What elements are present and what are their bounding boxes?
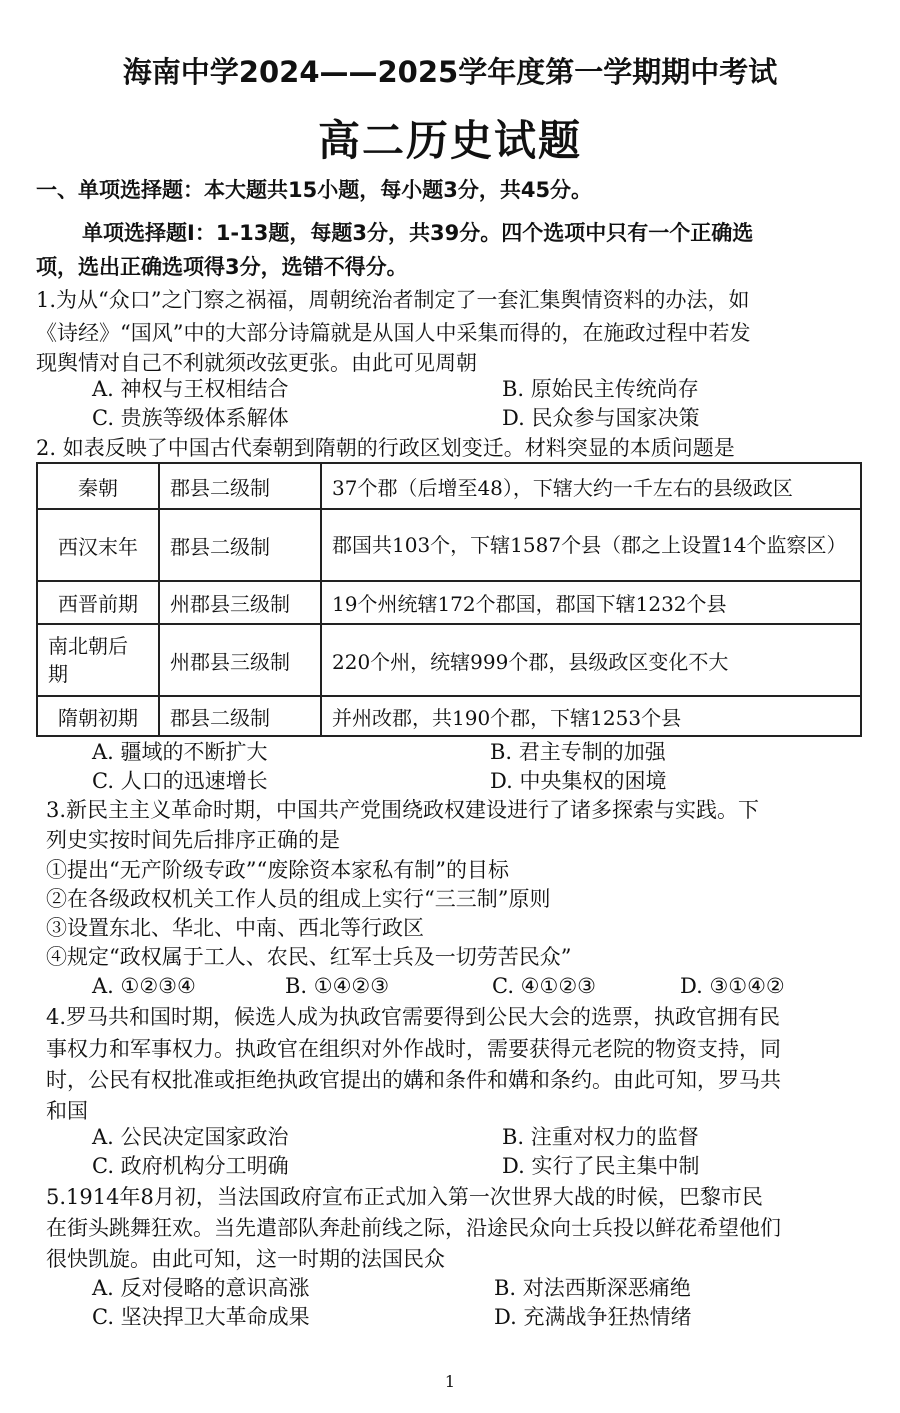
q5-stem-line: 很快凯旋。由此可知，这一时期的法国民众 [46, 1244, 445, 1274]
q4-option-c[interactable]: C. 政府机构分工明确 [92, 1151, 289, 1181]
q3-item-2: ②在各级政权机关工作人员的组成上实行“三三制”原则 [46, 884, 550, 914]
q3-option-b[interactable]: B. ①④②③ [285, 971, 389, 1001]
section-heading: 一、单项选择题：本大题共15小题，每小题3分，共45分。 [36, 175, 592, 205]
q4-stem-line: 事权力和军事权力。执政官在组织对外作战时，需要获得元老院的物资支持，同 [46, 1034, 781, 1064]
q1-option-c[interactable]: C. 贵族等级体系解体 [92, 403, 289, 433]
q1-stem-line: 1.为从“众口”之门察之祸福，周朝统治者制定了一套汇集舆情资料的办法，如 [36, 285, 750, 315]
q1-option-d[interactable]: D. 民众参与国家决策 [502, 403, 699, 433]
q3-option-d[interactable]: D. ③①④② [680, 971, 785, 1001]
q4-stem-line: 和国 [46, 1096, 88, 1126]
q5-stem-line: 在街头跳舞狂欢。当先遣部队奔赴前线之际，沿途民众向士兵投以鲜花希望他们 [46, 1213, 781, 1243]
table-cell-system: 郡县二级制 [159, 463, 321, 509]
table-cell-detail: 220个州，统辖999个郡，县级政区变化不大 [321, 624, 861, 696]
section-instruction-2: 项，选出正确选项得3分，选错不得分。 [36, 252, 408, 282]
table-row: 西汉末年 郡县二级制 郡国共103个，下辖1587个县（郡之上设置14个监察区） [37, 509, 861, 581]
table-cell-dynasty: 秦朝 [37, 463, 159, 509]
table-cell-dynasty: 西晋前期 [37, 581, 159, 624]
exam-school-title: 海南中学2024——2025学年度第一学期期中考试 [0, 50, 900, 91]
q1-option-b[interactable]: B. 原始民主传统尚存 [502, 374, 699, 404]
q4-stem-line: 4.罗马共和国时期，候选人成为执政官需要得到公民大会的选票，执政官拥有民 [46, 1002, 780, 1032]
q5-option-a[interactable]: A. 反对侵略的意识高涨 [92, 1273, 310, 1303]
table-cell-detail: 郡国共103个，下辖1587个县（郡之上设置14个监察区） [321, 509, 861, 581]
q5-option-d[interactable]: D. 充满战争狂热情绪 [494, 1302, 691, 1332]
table-cell-dynasty: 南北朝后 期 [37, 624, 159, 696]
q1-stem-line: 《诗经》“国风”中的大部分诗篇就是从国人中采集而得的，在施政过程中若发 [36, 318, 750, 348]
q4-option-a[interactable]: A. 公民决定国家政治 [92, 1122, 289, 1152]
q5-option-c[interactable]: C. 坚决捍卫大革命成果 [92, 1302, 310, 1332]
table-cell-detail: 37个郡（后增至48），下辖大约一千左右的县级政区 [321, 463, 861, 509]
table-row: 西晋前期 州郡县三级制 19个州统辖172个郡国，郡国下辖1232个县 [37, 581, 861, 624]
table-row: 南北朝后 期 州郡县三级制 220个州，统辖999个郡，县级政区变化不大 [37, 624, 861, 696]
exam-subject-title: 高二历史试题 [0, 108, 900, 168]
q2-stem-line: 2. 如表反映了中国古代秦朝到隋朝的行政区划变迁。材料突显的本质问题是 [36, 433, 735, 463]
q4-stem-line: 时，公民有权批准或拒绝执政官提出的媾和条件和媾和条约。由此可知，罗马共 [46, 1065, 781, 1095]
page-number: 1 [0, 1372, 900, 1391]
admin-division-table: 秦朝 郡县二级制 37个郡（后增至48），下辖大约一千左右的县级政区 西汉末年 … [36, 462, 862, 737]
table-cell-system: 州郡县三级制 [159, 624, 321, 696]
q4-option-b[interactable]: B. 注重对权力的监督 [502, 1122, 699, 1152]
q1-option-a[interactable]: A. 神权与王权相结合 [92, 374, 289, 404]
table-cell-dynasty: 西汉末年 [37, 509, 159, 581]
q3-stem-line: 3.新民主主义革命时期，中国共产党围绕政权建设进行了诸多探索与实践。下 [46, 795, 759, 825]
q5-option-b[interactable]: B. 对法西斯深恶痛绝 [494, 1273, 691, 1303]
table-cell-system: 郡县二级制 [159, 509, 321, 581]
table-cell-system: 郡县二级制 [159, 696, 321, 736]
table-cell-system: 州郡县三级制 [159, 581, 321, 624]
table-cell-detail: 19个州统辖172个郡国，郡国下辖1232个县 [321, 581, 861, 624]
q3-stem-line: 列史实按时间先后排序正确的是 [46, 825, 340, 855]
table-cell-detail: 并州改郡，共190个郡，下辖1253个县 [321, 696, 861, 736]
q3-option-c[interactable]: C. ④①②③ [492, 971, 596, 1001]
q3-item-4: ④规定“政权属于工人、农民、红军士兵及一切劳苦民众” [46, 942, 571, 972]
table-cell-dynasty: 隋朝初期 [37, 696, 159, 736]
q4-option-d[interactable]: D. 实行了民主集中制 [502, 1151, 699, 1181]
q2-option-d[interactable]: D. 中央集权的困境 [490, 766, 666, 796]
q2-option-a[interactable]: A. 疆域的不断扩大 [92, 737, 268, 767]
table-row: 隋朝初期 郡县二级制 并州改郡，共190个郡，下辖1253个县 [37, 696, 861, 736]
table-row: 秦朝 郡县二级制 37个郡（后增至48），下辖大约一千左右的县级政区 [37, 463, 861, 509]
q3-item-3: ③设置东北、华北、中南、西北等行政区 [46, 913, 424, 943]
q2-option-c[interactable]: C. 人口的迅速增长 [92, 766, 268, 796]
q2-option-b[interactable]: B. 君主专制的加强 [490, 737, 666, 767]
section-instruction-1: 单项选择题Ⅰ：1-13题，每题3分，共39分。四个选项中只有一个正确选 [82, 218, 753, 248]
q3-item-1: ①提出“无产阶级专政”“废除资本家私有制”的目标 [46, 855, 509, 885]
q3-option-a[interactable]: A. ①②③④ [92, 971, 196, 1001]
q5-stem-line: 5.1914年8月初，当法国政府宣布正式加入第一次世界大战的时候，巴黎市民 [46, 1182, 763, 1212]
